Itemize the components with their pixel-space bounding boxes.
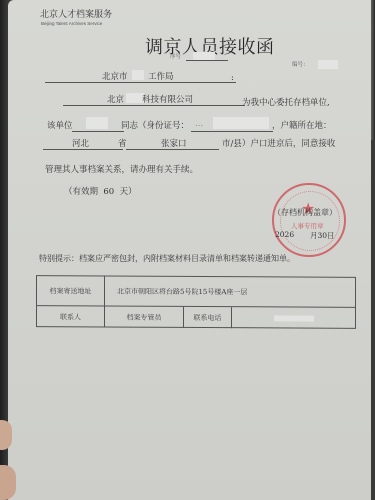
- addressee-colon: :: [231, 73, 234, 83]
- finger: [0, 420, 12, 450]
- id-number-value: ...: [195, 119, 203, 129]
- document-paper: 北京人才档案服务 Beijing Talent Archives Service…: [8, 0, 371, 500]
- addressee-underline: [45, 82, 236, 83]
- date-suffix: 月30日: [310, 230, 335, 241]
- finger: [0, 465, 16, 500]
- province-underline: [43, 149, 123, 150]
- brand-name-en: Beijing Talent Archives Service: [41, 21, 102, 26]
- special-notice: 特别提示：档案应严密包封，内附档案材料目录清单和档案转递通知单。: [39, 253, 295, 264]
- doc-number-label: 编号：: [292, 60, 309, 68]
- line3-prefix: 该单位: [47, 119, 73, 131]
- phone-label-cell: 联系电话: [184, 307, 232, 328]
- city-label-text: 市/县）户口进京后，同意接收: [222, 137, 335, 149]
- validity-text: （有效期 60 天）: [64, 185, 137, 197]
- contact-label-cell: 联系人: [37, 306, 105, 327]
- address-value-cell: 北京市朝阳区将台路5号院15号楼A座一层: [105, 277, 355, 307]
- official-seal: ★: [272, 183, 346, 257]
- brand-name-cn: 北京人才档案服务: [40, 7, 112, 20]
- delivery-info-table: 档案寄送地址 北京市朝阳区将台路5号院15号楼A座一层 联系人 档案专管员 联系…: [36, 275, 356, 329]
- company-role-text: 为我中心委托存档单位,: [242, 96, 330, 108]
- redacted-phone: [274, 315, 314, 321]
- redacted-serial: [193, 52, 215, 60]
- name-underline: [72, 131, 124, 132]
- province-value: 河北: [72, 137, 89, 149]
- addressee-bureau: 工作局: [148, 70, 174, 82]
- line5-text: 管理其人事档案关系，请办理有关手续。: [45, 163, 198, 175]
- seal-unit-text: 人事专用章: [291, 221, 324, 230]
- province-label: 省: [118, 137, 127, 149]
- city-underline: [126, 149, 219, 150]
- company-prefix: 北京: [107, 93, 124, 105]
- line3-suffix: ，户籍所在地：: [272, 119, 332, 131]
- redacted-id-number: [213, 117, 269, 129]
- redacted-addressee: [132, 70, 144, 80]
- company-underline: [63, 105, 245, 106]
- company-suffix: 科技有限公司: [142, 93, 193, 105]
- phone-value-cell: [232, 307, 355, 329]
- address-label-cell: 档案寄送地址: [37, 276, 105, 305]
- serial-underline: [186, 60, 228, 61]
- date-year: 2026: [275, 230, 294, 239]
- city-value: 张家口: [161, 137, 187, 149]
- stamp-caption: （存档机构盖章）: [273, 207, 337, 218]
- table-row-address: 档案寄送地址 北京市朝阳区将台路5号院15号楼A座一层: [37, 276, 355, 308]
- contact-value-cell: 档案专管员: [105, 307, 184, 328]
- redacted-name: [86, 117, 108, 129]
- id-underline: [191, 131, 273, 132]
- redacted-doc-number: [318, 60, 338, 69]
- line3-middle: 同志（身份证号：: [121, 119, 189, 131]
- serial-label: 序号: [170, 52, 181, 60]
- addressee-city: 北京市: [102, 70, 128, 82]
